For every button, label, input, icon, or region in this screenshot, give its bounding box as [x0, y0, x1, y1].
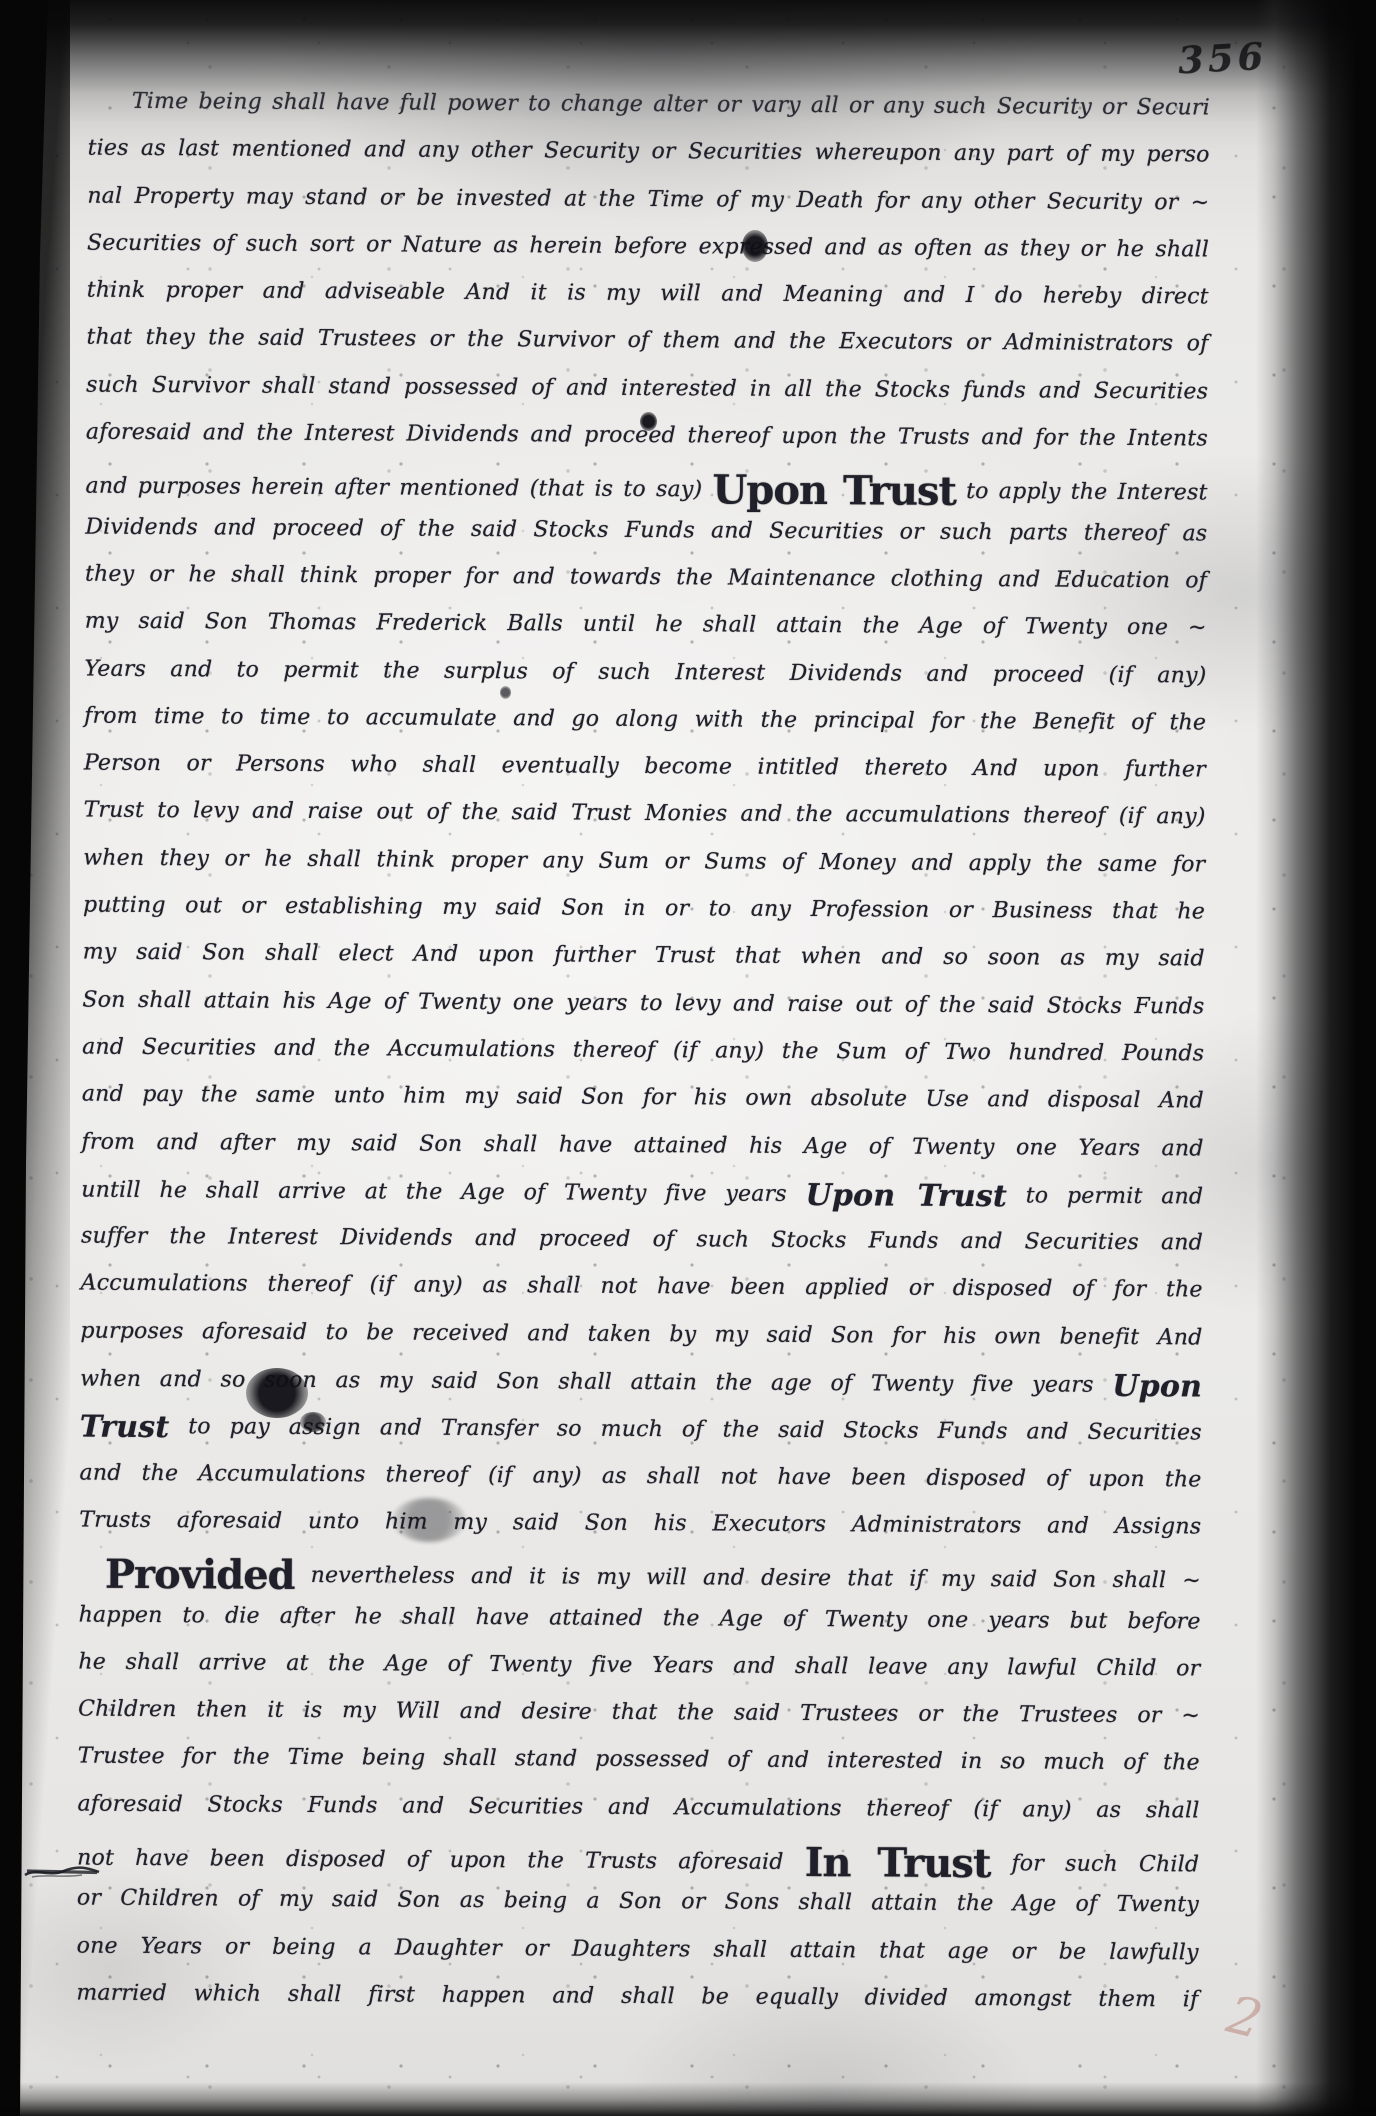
blackletter-phrase: In Trust — [805, 1839, 991, 1887]
text-line: aforesaid and the Interest Dividends and… — [86, 420, 1208, 474]
text-line: happen to die after he shall have attain… — [78, 1602, 1200, 1656]
text-line: my said Son Thomas Frederick Balls until… — [85, 609, 1207, 663]
text-line: Accumulations thereof (if any) as shall … — [80, 1271, 1202, 1325]
text-line: purposes aforesaid to be received and ta… — [80, 1318, 1202, 1372]
text-line: putting out or establishing my said Son … — [83, 893, 1205, 947]
handwritten-text: Trust to levy and raise out of the said … — [84, 798, 1206, 830]
manuscript-text: Time being shall have full power to chan… — [76, 89, 1210, 2035]
text-line: my said Son shall elect And upon further… — [83, 940, 1205, 994]
text-line: aforesaid Stocks Funds and Securities an… — [77, 1791, 1199, 1845]
text-line: untill he shall arrive at the Age of Twe… — [81, 1176, 1203, 1230]
text-line: Time being shall have full power to chan… — [88, 89, 1210, 143]
text-line: from and after my said Son shall have at… — [81, 1129, 1203, 1183]
text-line: nal Property may stand or be invested at… — [87, 183, 1209, 237]
handwritten-text: for such Child — [990, 1851, 1199, 1877]
handwritten-text: untill he shall arrive at the Age of Twe… — [81, 1177, 805, 1206]
text-line: ties as last mentioned and any other Sec… — [87, 136, 1209, 190]
emphasized-phrase: Trust — [80, 1410, 170, 1446]
text-line: from time to time to accumulate and go a… — [84, 703, 1206, 757]
text-line: married which shall first happen and sha… — [76, 1980, 1198, 2034]
text-line: Children then it is my Will and desire t… — [78, 1697, 1200, 1751]
text-line: when they or he shall think proper any S… — [83, 845, 1205, 899]
handwritten-text: to apply the Interest — [956, 479, 1208, 506]
marginal-strikeout-mark — [22, 1862, 102, 1882]
handwritten-text: and purposes herein after mentioned (tha… — [86, 474, 713, 503]
handwritten-text: to permit and — [1007, 1183, 1203, 1209]
text-line: they or he shall think proper for and to… — [85, 562, 1207, 616]
text-line: and pay the same unto him my said Son fo… — [82, 1082, 1204, 1136]
blackletter-phrase: Upon Trust — [712, 467, 956, 515]
text-line: Years and to permit the surplus of such … — [84, 656, 1206, 710]
text-line: such Survivor shall stand possessed of a… — [86, 372, 1208, 426]
handwritten-text: when and so soon as my said Son shall at… — [80, 1367, 1112, 1398]
blackletter-phrase: Provided — [105, 1551, 295, 1599]
handwritten-text: nevertheless and it is my will and desir… — [295, 1563, 1201, 1594]
text-line: suffer the Interest Dividends and procee… — [81, 1224, 1203, 1278]
handwritten-text: not have been disposed of upon the Trust… — [77, 1846, 805, 1875]
text-line: Trustee for the Time being shall stand p… — [78, 1744, 1200, 1798]
text-line: that they the said Trustees or the Survi… — [86, 325, 1208, 379]
text-line: Person or Persons who shall eventually b… — [84, 751, 1206, 805]
text-line: Securities of such sort or Nature as her… — [87, 230, 1209, 284]
handwritten-text: Time being shall have full power to chan… — [132, 89, 1210, 121]
photographed-document-page: Time being shall have full power to chan… — [0, 0, 1376, 2116]
text-line: Son shall attain his Age of Twenty one y… — [82, 987, 1204, 1041]
page-number: 356 — [1177, 34, 1268, 83]
text-line: think proper and adviseable And it is my… — [87, 278, 1209, 332]
text-line: when and so soon as my said Son shall at… — [80, 1366, 1202, 1420]
text-line: Dividends and proceed of the said Stocks… — [85, 514, 1207, 568]
text-line: he shall arrive at the Age of Twenty fiv… — [78, 1649, 1200, 1703]
emphasized-phrase: Upon Trust — [805, 1178, 1007, 1214]
text-line: Provided nevertheless and it is my will … — [79, 1555, 1201, 1609]
text-line: Trust to levy and raise out of the said … — [83, 798, 1205, 852]
text-line: not have been disposed of upon the Trust… — [77, 1839, 1199, 1893]
text-line: and Securities and the Accumulations the… — [82, 1034, 1204, 1088]
handwritten-text: Accumulations thereof (if any) as shall … — [81, 1271, 1203, 1303]
text-line: or Children of my said Son as being a So… — [77, 1886, 1199, 1940]
emphasized-phrase: Upon — [1112, 1369, 1202, 1405]
handwritten-text: to pay assign and Transfer so much of th… — [169, 1414, 1202, 1445]
text-line: one Years or being a Daughter or Daughte… — [76, 1933, 1198, 1987]
text-line: and the Accumulations thereof (if any) a… — [79, 1460, 1201, 1514]
text-line: and purposes herein after mentioned (tha… — [85, 467, 1207, 521]
text-line: Trust to pay assign and Transfer so much… — [80, 1413, 1202, 1467]
